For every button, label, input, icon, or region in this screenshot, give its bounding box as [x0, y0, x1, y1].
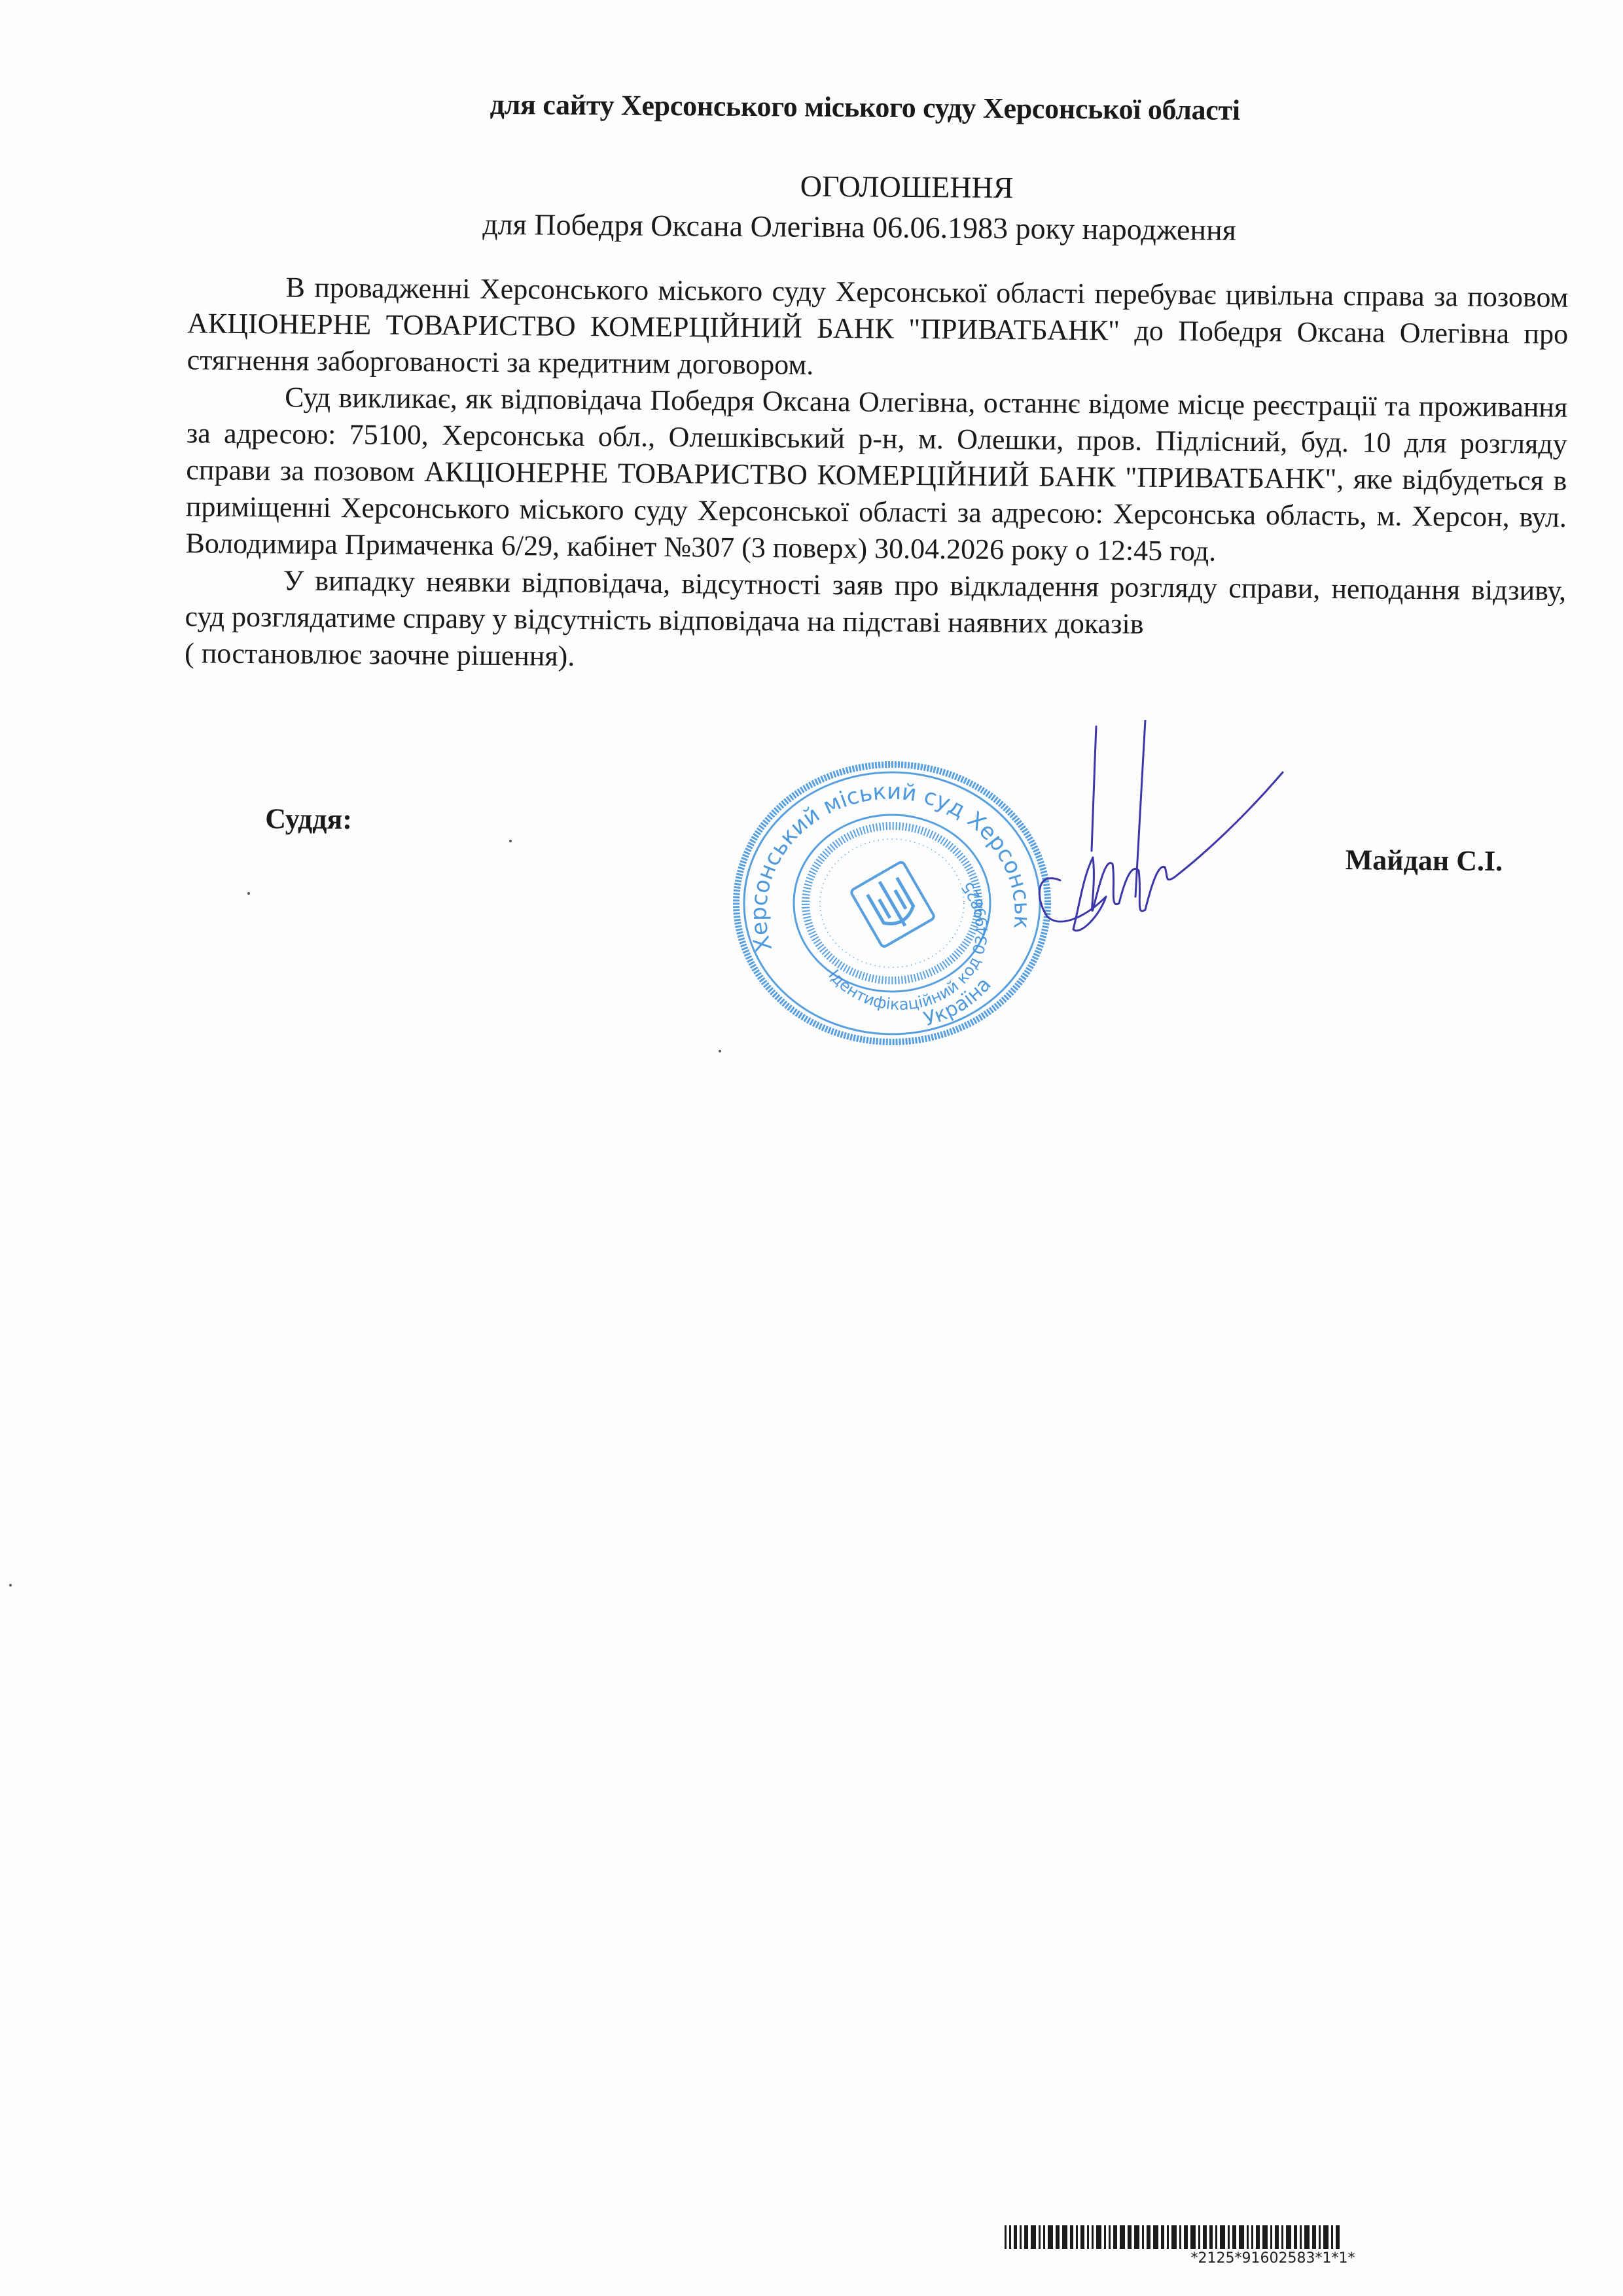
scan-speck: [509, 840, 512, 842]
document-content: для сайту Херсонського міського суду Хер…: [0, 0, 1623, 12]
document-page: для сайту Херсонського міського суду Хер…: [0, 0, 1623, 2296]
paragraph-case: В провадженні Херсонського міського суду…: [187, 268, 1568, 389]
header-line: для сайту Херсонського міського суду Хер…: [490, 88, 1240, 127]
barcode-text: *2125*91602583*1*1*: [1005, 2250, 1515, 2267]
court-stamp-icon: Херсонський міський суд Херсонської обла…: [723, 753, 1057, 1047]
judge-name: Майдан С.І.: [1346, 843, 1503, 878]
judge-label: Суддя:: [265, 802, 352, 836]
scan-speck: [719, 1050, 721, 1052]
paragraph-summons: Суд викликає, як відповідача Победря Окс…: [185, 378, 1567, 573]
document-body: В провадженні Херсонського міського суду…: [185, 268, 1569, 683]
scan-speck: [9, 1584, 12, 1587]
scan-speck: [247, 892, 250, 895]
document-subtitle: для Победря Оксана Олегівна 06.06.1983 р…: [482, 207, 1236, 247]
paragraph-absence: У випадку неявки відповідача, відсутност…: [185, 562, 1566, 646]
document-barcode: *2125*91602583*1*1*: [1005, 2225, 1515, 2267]
judge-signature-icon: [1034, 720, 1309, 936]
barcode-icon: [1005, 2225, 1515, 2249]
document-title: ОГОЛОШЕННЯ: [800, 169, 1014, 206]
